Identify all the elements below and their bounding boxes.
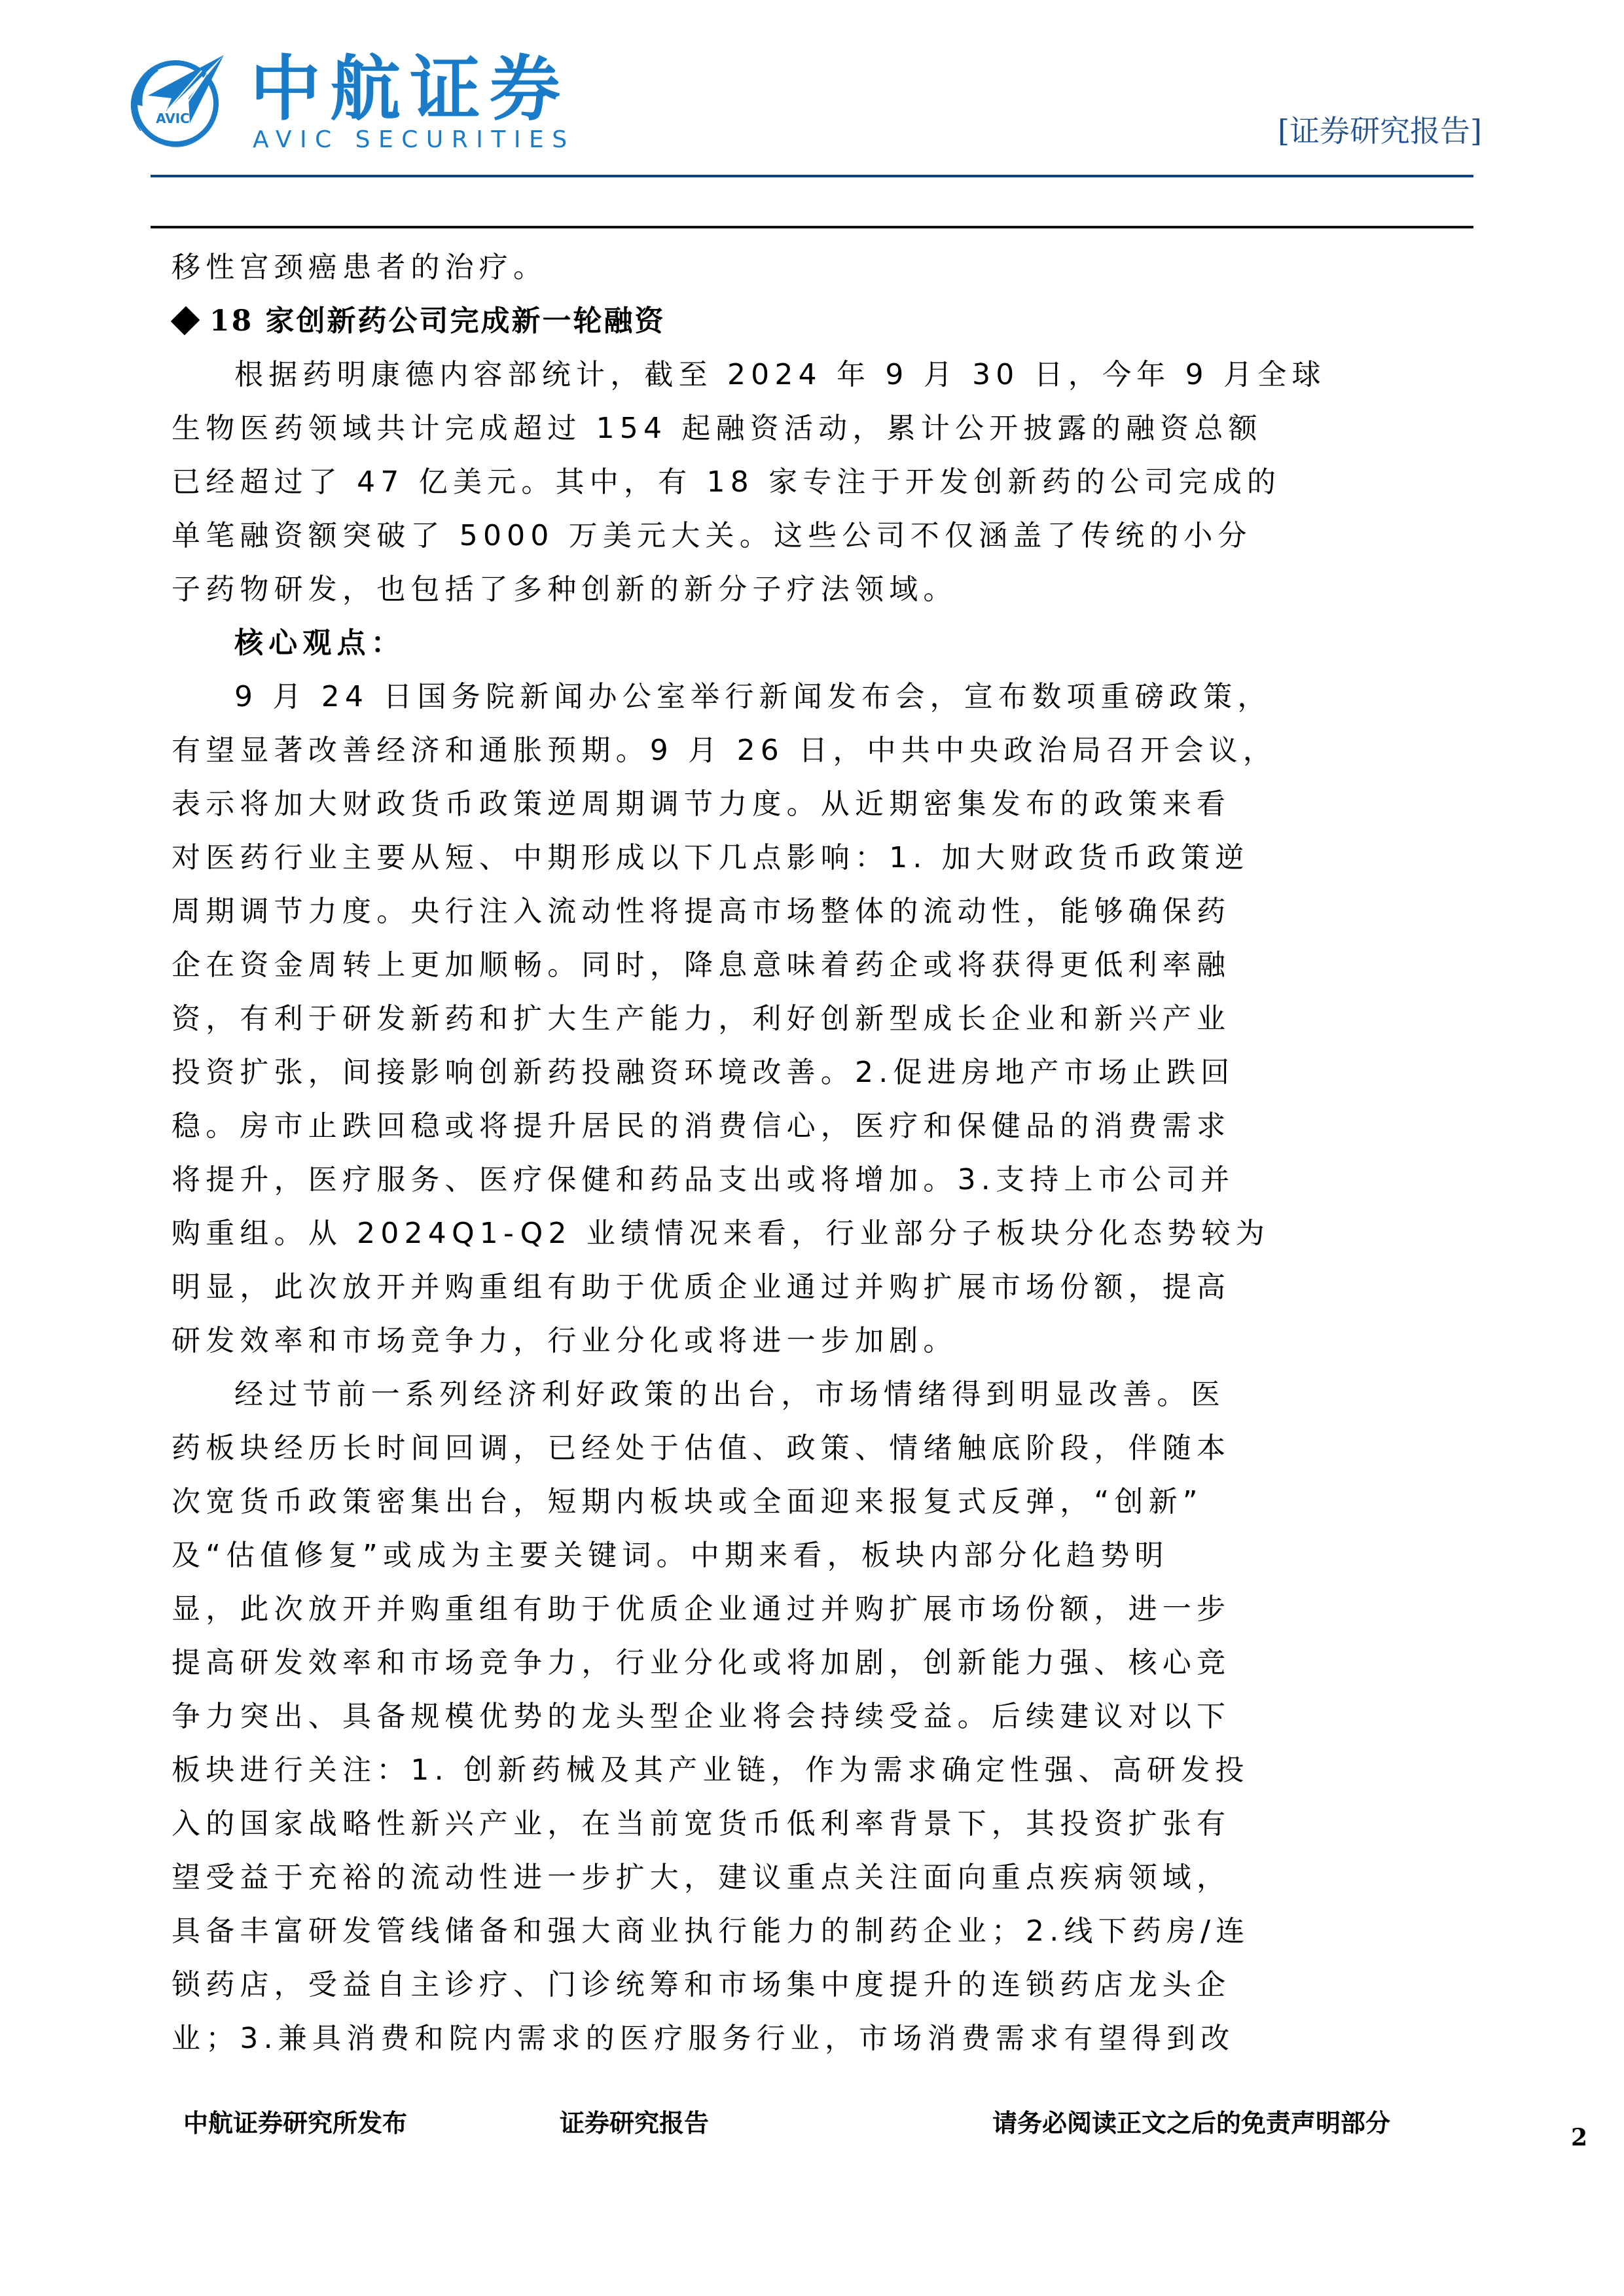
body-line: 表示将加大财政货币政策逆周期调节力度。从近期密集发布的政策来看 [171, 778, 1114, 831]
avic-plane-icon: AVIC [128, 52, 226, 151]
report-type-tag: [证券研究报告] [1278, 113, 1482, 149]
body-line: 板块进行关注：1. 创新药械及其产业链，作为需求确定性强、高研发投 [171, 1744, 1114, 1797]
avic-logo: AVIC [128, 52, 226, 151]
body-line: 企在资金周转上更加顺畅。同时，降息意味着药企或将获得更低利率融 [171, 939, 1114, 992]
brand-name-cn: 中航证券 [250, 51, 569, 128]
body-line: 经过节前一系列经济利好政策的出台，市场情绪得到明显改善。医 [171, 1368, 1114, 1422]
body-line: 研发效率和市场竞争力，行业分化或将进一步加剧。 [171, 1314, 1114, 1368]
body-line: 生物医药领域共计完成超过 154 起融资活动，累计公开披露的融资总额 [171, 402, 1114, 456]
diamond-bullet-icon [171, 306, 200, 336]
body-line: 移性宫颈癌患者的治疗。 [171, 241, 1114, 295]
core-viewpoint-heading: 核心观点： [171, 617, 1114, 670]
body-line: 对医药行业主要从短、中期形成以下几点影响：1. 加大财政货币政策逆 [171, 831, 1114, 885]
header-rule-black [151, 226, 1473, 228]
report-body: 移性宫颈癌患者的治疗。 18 家创新药公司完成新一轮融资 根据药明康德内容部统计… [171, 241, 1114, 2066]
section-heading-text: 18 家创新药公司完成新一轮融资 [209, 304, 666, 338]
body-line: 明显，此次放开并购重组有助于优质企业通过并购扩展市场份额，提高 [171, 1261, 1114, 1314]
body-line: 投资扩张，间接影响创新药投融资环境改善。2.促进房地产市场止跌回 [171, 1046, 1114, 1100]
body-line: 锁药店，受益自主诊疗、门诊统筹和市场集中度提升的连锁药店龙头企 [171, 1958, 1114, 2012]
body-line: 根据药明康德内容部统计，截至 2024 年 9 月 30 日，今年 9 月全球 [171, 348, 1114, 402]
body-line: 争力突出、具备规模优势的龙头型企业将会持续受益。后续建议对以下 [171, 1690, 1114, 1744]
section-heading: 18 家创新药公司完成新一轮融资 [171, 295, 1114, 348]
body-line: 具备丰富研发管线储备和强大商业执行能力的制药企业；2.线下药房/连 [171, 1905, 1114, 1958]
body-line: 及“估值修复”或成为主要关键词。中期来看，板块内部分化趋势明 [171, 1529, 1114, 1583]
body-line: 周期调节力度。央行注入流动性将提高市场整体的流动性，能够确保药 [171, 885, 1114, 939]
svg-text:AVIC: AVIC [156, 111, 190, 126]
body-line: 购重组。从 2024Q1-Q2 业绩情况来看，行业部分子板块分化态势较为 [171, 1207, 1114, 1261]
body-line: 资，有利于研发新药和扩大生产能力，利好创新型成长企业和新兴产业 [171, 992, 1114, 1046]
body-line: 已经超过了 47 亿美元。其中，有 18 家专注于开发创新药的公司完成的 [171, 456, 1114, 509]
footer-publisher: 中航证券研究所发布 [183, 2105, 407, 2142]
body-line: 入的国家战略性新兴产业，在当前宽货币低利率背景下，其投资扩张有 [171, 1797, 1114, 1851]
body-line: 将提升，医疗服务、医疗保健和药品支出或将增加。3.支持上市公司并 [171, 1153, 1114, 1207]
brand-name-en: AVIC SECURITIES [253, 127, 575, 153]
body-line: 有望显著改善经济和通胀预期。9 月 26 日，中共中央政治局召开会议， [171, 724, 1114, 778]
page-number: 2 [1571, 2119, 1587, 2156]
body-line: 子药物研发，也包括了多种创新的新分子疗法领域。 [171, 563, 1114, 617]
body-line: 提高研发效率和市场竞争力，行业分化或将加剧，创新能力强、核心竞 [171, 1636, 1114, 1690]
body-line: 稳。房市止跌回稳或将提升居民的消费信心，医疗和保健品的消费需求 [171, 1100, 1114, 1153]
footer-doc-type: 证券研究报告 [560, 2105, 709, 2142]
body-line: 业；3.兼具消费和院内需求的医疗服务行业，市场消费需求有望得到改 [171, 2012, 1114, 2066]
header-rule-blue [151, 175, 1473, 177]
body-line: 显，此次放开并购重组有助于优质企业通过并购扩展市场份额，进一步 [171, 1583, 1114, 1636]
body-line: 望受益于充裕的流动性进一步扩大，建议重点关注面向重点疾病领域， [171, 1851, 1114, 1905]
footer-disclaimer: 请务必阅读正文之后的免责声明部分 [992, 2105, 1390, 2142]
body-line: 次宽货币政策密集出台，短期内板块或全面迎来报复式反弹，“创新” [171, 1475, 1114, 1529]
body-line: 药板块经历长时间回调，已经处于估值、政策、情绪触底阶段，伴随本 [171, 1422, 1114, 1475]
body-line: 9 月 24 日国务院新闻办公室举行新闻发布会，宣布数项重磅政策， [171, 670, 1114, 724]
body-line: 单笔融资额突破了 5000 万美元大关。这些公司不仅涵盖了传统的小分 [171, 509, 1114, 563]
